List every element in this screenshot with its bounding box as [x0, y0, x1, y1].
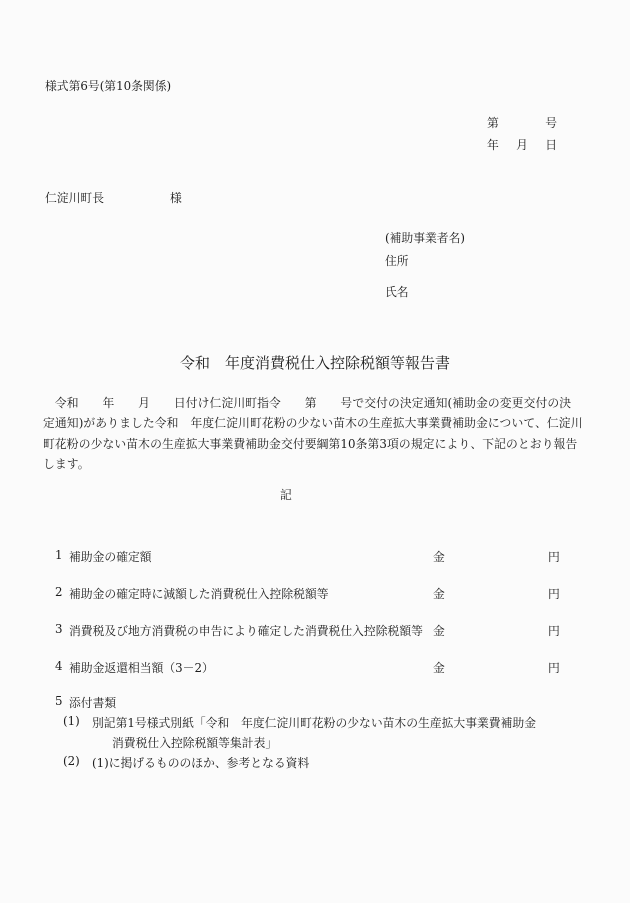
amount-prefix: 金: [433, 659, 445, 676]
item-number: 1: [55, 548, 63, 562]
item-label: 補助金の確定額: [69, 548, 152, 565]
applicant-address-label: 住所: [385, 252, 409, 269]
doc-number-suffix: 号: [545, 114, 557, 136]
item-number: 3: [55, 622, 63, 636]
addressee-honorific: 様: [170, 191, 182, 206]
report-item-row: 2 補助金の確定時に減額した消費税仕入控除税額等 金 円: [0, 585, 630, 602]
amount-suffix: 円: [548, 548, 560, 565]
report-item-row: 3 消費税及び地方消費税の申告により確定した消費税仕入控除税額等 金 円: [0, 622, 630, 639]
attachment-number: (1): [63, 714, 80, 728]
item-label: 消費税及び地方消費税の申告により確定した消費税仕入控除税額等: [69, 622, 423, 639]
applicant-label: (補助事業者名): [385, 229, 465, 246]
amount-prefix: 金: [433, 585, 445, 602]
date-year-label: 年: [487, 136, 499, 158]
attachments-title: 添付書類: [69, 694, 116, 711]
attachment-item-continuation: 消費税仕入控除税額等集計表」: [0, 734, 630, 751]
date-month-label: 月: [516, 136, 528, 158]
item-label: 補助金返還相当額（3－2）: [69, 659, 214, 676]
body-paragraph-line-3: 町花粉の少ない苗木の生産拡大事業費補助金交付要綱第10条第3項の規定により、下記…: [43, 435, 577, 452]
report-item-row: 4 補助金返還相当額（3－2） 金 円: [0, 659, 630, 676]
attachment-text: 別記第1号様式別紙「令和 年度仁淀川町花粉の少ない苗木の生産拡大事業費補助金: [92, 714, 536, 731]
amount-suffix: 円: [548, 585, 560, 602]
date-line: 年 月 日: [487, 136, 557, 158]
addressee-name: 仁淀川町長: [45, 191, 104, 206]
item-number: 5: [55, 694, 63, 708]
attachment-item-row: (1) 別記第1号様式別紙「令和 年度仁淀川町花粉の少ない苗木の生産拡大事業費補…: [0, 714, 630, 731]
applicant-name-label: 氏名: [385, 283, 409, 300]
item-number: 2: [55, 585, 63, 599]
amount-prefix: 金: [433, 622, 445, 639]
date-day-label: 日: [545, 136, 557, 158]
item-label: 補助金の確定時に減額した消費税仕入控除税額等: [69, 585, 329, 602]
report-item-row: 1 補助金の確定額 金 円: [0, 548, 630, 565]
body-paragraph-line-1: 令和 年 月 日付け仁淀川町指令 第 号で交付の決定通知(補助金の変更交付の決: [43, 394, 571, 411]
attachment-text: (1)に掲げるもののほか、参考となる資料: [92, 754, 309, 771]
attachment-item-row: (2) (1)に掲げるもののほか、参考となる資料: [0, 754, 630, 771]
doc-number-date-block: 第 号 年 月 日: [487, 114, 557, 158]
item-number: 4: [55, 659, 63, 673]
attachment-text-continued: 消費税仕入控除税額等集計表」: [112, 734, 277, 751]
attachments-header-row: 5 添付書類: [0, 694, 630, 711]
amount-prefix: 金: [433, 548, 445, 565]
body-paragraph-line-4: します。: [43, 455, 90, 472]
doc-number-line: 第 号: [487, 114, 557, 136]
amount-suffix: 円: [548, 622, 560, 639]
document-title: 令和 年度消費税仕入控除税額等報告書: [180, 352, 450, 373]
form-number: 様式第6号(第10条関係): [45, 79, 171, 94]
ki-marker: 記: [280, 488, 292, 503]
document-page: 様式第6号(第10条関係) 第 号 年 月 日 仁淀川町長 様 (補助事業者名)…: [0, 0, 630, 903]
body-paragraph-line-2: 定通知)がありました令和 年度仁淀川町花粉の少ない苗木の生産拡大事業費補助金につ…: [43, 414, 583, 431]
amount-suffix: 円: [548, 659, 560, 676]
attachment-number: (2): [63, 754, 80, 768]
doc-number-prefix: 第: [487, 114, 499, 136]
